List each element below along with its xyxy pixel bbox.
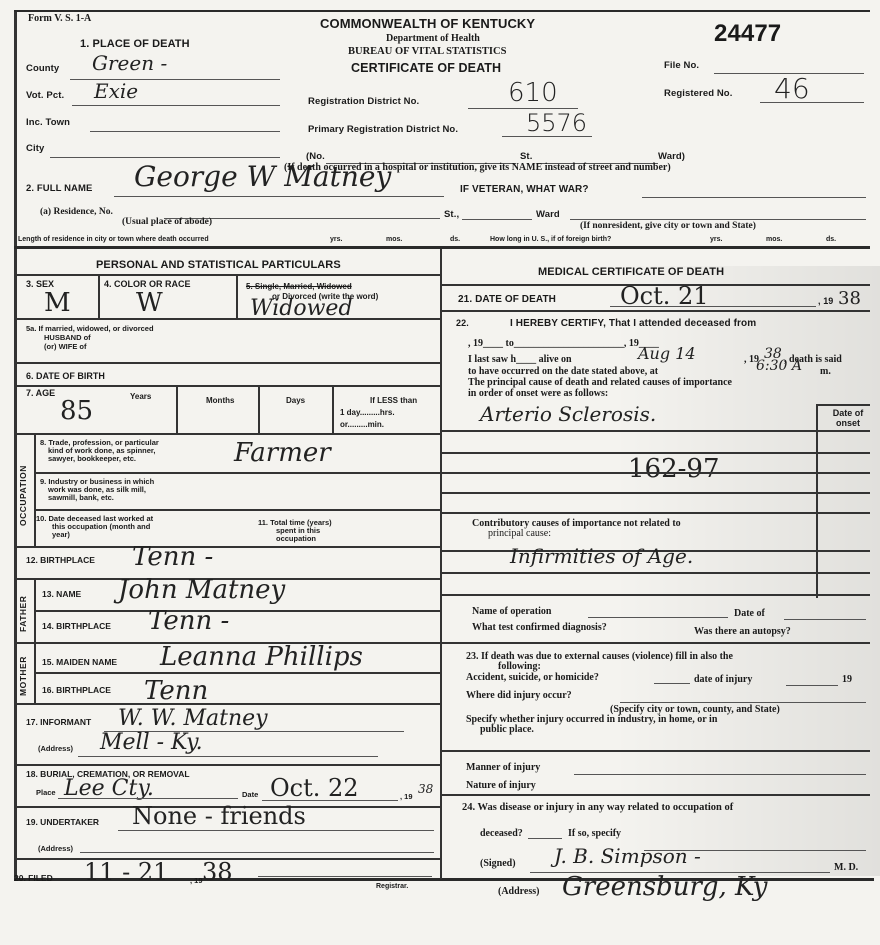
form-number: Form V. S. 1-A — [28, 14, 91, 23]
informant-address-label: (Address) — [38, 744, 73, 753]
undertaker-value: None - friends — [132, 802, 306, 830]
contributory-label-2: principal cause: — [488, 528, 551, 539]
years-label: Years — [130, 392, 151, 401]
manner-of-injury-label: Manner of injury — [466, 762, 540, 773]
certify-statement: I HEREBY CERTIFY, That I attended deceas… — [510, 318, 756, 329]
street-label: St. — [520, 151, 532, 162]
filed-year-value: 38 — [202, 858, 233, 886]
veteran-label: IF VETERAN, WHAT WAR? — [460, 184, 589, 195]
injury-where-label: Where did injury occur? — [466, 690, 572, 701]
header-commonwealth: COMMONWEALTH OF KENTUCKY — [320, 16, 535, 31]
informant-address-value: Mell - Ky. — [100, 730, 203, 755]
mother-name-label: 15. MAIDEN NAME — [42, 658, 117, 667]
months-label: Months — [206, 396, 234, 405]
industry-label-3: sawmill, bank, etc. — [48, 493, 114, 502]
age-value: 85 — [60, 396, 93, 426]
birthplace-value: Tenn - — [132, 542, 213, 572]
certificate-stamp-number: 24477 — [714, 20, 781, 48]
md-label: M. D. — [834, 862, 858, 873]
mother-birthplace-value: Tenn — [144, 676, 208, 706]
undertaker-address-label: (Address) — [38, 844, 73, 853]
foreign-yrs: yrs. — [710, 235, 722, 244]
physician-address-label: (Address) — [498, 886, 539, 897]
mother-name-value: Leanna Phillips — [160, 642, 363, 672]
husband-of-label: HUSBAND of — [44, 333, 91, 342]
residence-label: (a) Residence, No. — [40, 207, 113, 217]
injury-year-label: 19 — [842, 674, 852, 685]
days-label: Days — [286, 396, 305, 405]
time-meridian: m. — [820, 366, 831, 377]
trade-label-3: sawyer, bookkeeper, etc. — [48, 454, 136, 463]
nonresident-note: (If nonresident, give city or town and S… — [580, 221, 756, 231]
burial-year-value: 38 — [418, 782, 433, 796]
father-birthplace-value: Tenn - — [148, 606, 229, 636]
principal-cause-label: The principal cause of death and related… — [468, 377, 732, 388]
primary-reg-label: Primary Registration District No. — [308, 124, 458, 135]
father-birthplace-label: 14. BIRTHPLACE — [42, 622, 111, 631]
principal-cause-value: Arterio Sclerosis. — [480, 402, 656, 426]
foreign-ds: ds. — [826, 235, 836, 244]
informant-label: 17. INFORMANT — [26, 718, 91, 727]
undertaker-label: 19. UNDERTAKER — [26, 818, 99, 827]
age-label: 7. AGE — [26, 389, 55, 398]
operation-label: Name of operation — [472, 606, 551, 617]
county-value: Green - — [92, 51, 167, 75]
header-bureau: BUREAU OF VITAL STATISTICS — [348, 46, 506, 57]
reg-district-label: Registration District No. — [308, 96, 419, 107]
certify-number: 22. — [456, 318, 469, 328]
mother-side-label: MOTHER — [18, 652, 28, 696]
registrar-label: Registrar. — [376, 882, 408, 891]
injury-date-label: date of injury — [694, 674, 752, 685]
abode-note: (Usual place of abode) — [122, 217, 212, 227]
filed-value: 11 - 21 — [84, 858, 168, 886]
cause-code-value: 162-97 — [628, 454, 720, 484]
father-name-label: 13. NAME — [42, 590, 81, 599]
last-saw-label: I last saw h____ alive on — [468, 354, 572, 365]
physician-signature: J. B. Simpson - — [554, 844, 701, 868]
full-name-value: George W Matney — [134, 160, 391, 193]
operation-date-label: Date of — [734, 608, 765, 619]
primary-reg-value: 5576 — [526, 109, 587, 137]
if-so-specify-label: If so, specify — [568, 828, 621, 839]
foreign-birth-label: How long in U. S., if of foreign birth? — [490, 235, 611, 244]
dob-label: 6. DATE OF BIRTH — [26, 372, 105, 381]
last-worked-label-3: year) — [52, 530, 70, 539]
medical-section-title: MEDICAL CERTIFICATE OF DEATH — [538, 266, 724, 278]
death-certificate: Form V. S. 1-A 1. PLACE OF DEATH County … — [14, 6, 880, 886]
time-of-death-value: 6:30 A — [756, 358, 802, 374]
registered-no-label: Registered No. — [664, 88, 732, 99]
left-border — [14, 12, 17, 880]
burial-date-value: Oct. 22 — [270, 774, 359, 802]
section-divider — [14, 246, 870, 249]
father-side-label: FATHER — [18, 592, 28, 632]
residence-ds: ds. — [450, 235, 460, 244]
burial-year-prefix: , 19 — [400, 792, 413, 801]
filed-year-prefix: , 19 — [190, 876, 203, 885]
sex-value: M — [44, 288, 71, 318]
attended-from-to: , 19____ to______________________, 19___… — [468, 338, 659, 349]
top-border — [14, 10, 870, 12]
mother-birthplace-label: 16. BIRTHPLACE — [42, 686, 111, 695]
public-place-label: public place. — [480, 724, 534, 735]
full-name-label: 2. FULL NAME — [26, 183, 92, 194]
father-name-value: John Matney — [118, 575, 285, 605]
deceased-label: deceased? — [480, 828, 523, 839]
autopsy-label: Was there an autopsy? — [694, 626, 791, 637]
inc-town-label: Inc. Town — [26, 117, 70, 128]
physician-address-value: Greensburg, Ky — [562, 872, 768, 902]
foreign-mos: mos. — [766, 235, 782, 244]
date-of-death-label: 21. DATE OF DEATH — [458, 294, 556, 305]
length-residence-label: Length of residence in city or town wher… — [18, 235, 209, 244]
occurred-label: to have occurred on the date stated abov… — [468, 366, 658, 377]
place-of-death-title: 1. PLACE OF DEATH — [80, 38, 190, 50]
reg-district-value: 610 — [508, 78, 558, 108]
residence-ward-label: Ward — [536, 209, 560, 220]
burial-date-label: Date — [242, 790, 258, 799]
birthplace-label: 12. BIRTHPLACE — [26, 556, 95, 565]
contributory-value: Infirmities of Age. — [510, 544, 693, 568]
total-time-label-3: occupation — [276, 534, 316, 543]
less-than-min: or.........min. — [340, 420, 384, 429]
residence-yrs: yrs. — [330, 235, 342, 244]
last-saw-value: Aug 14 — [638, 344, 696, 363]
residence-st-label: St., — [444, 209, 459, 220]
death-year-prefix: , 19 — [818, 296, 833, 306]
county-label: County — [26, 63, 59, 74]
column-divider — [440, 249, 442, 879]
race-value: W — [136, 288, 163, 318]
spouse-label: 5a. If married, widowed, or divorced — [26, 324, 154, 333]
accident-label: Accident, suicide, or homicide? — [466, 672, 599, 683]
occupation-side-label: OCCUPATION — [18, 454, 28, 526]
filed-label: 20. FILED — [14, 874, 53, 883]
personal-section-title: PERSONAL AND STATISTICAL PARTICULARS — [96, 259, 341, 271]
burial-place-label: Place — [36, 788, 56, 797]
vot-pct-label: Vot. Pct. — [26, 90, 64, 101]
header-department: Department of Health — [386, 33, 480, 44]
ward-label: Ward) — [658, 151, 685, 162]
external-following-label: following: — [498, 661, 541, 672]
registered-no-value: 46 — [774, 72, 810, 105]
informant-value: W. W. Matney — [118, 706, 268, 731]
less-than-label: If LESS than — [370, 396, 417, 405]
header-certificate-title: CERTIFICATE OF DEATH — [351, 61, 501, 75]
file-no-label: File No. — [664, 60, 699, 71]
vot-pct-value: Exie — [94, 79, 138, 103]
signed-label: (Signed) — [480, 858, 516, 869]
marital-label: 5. Single, Married, Widowed — [246, 282, 352, 291]
date-of-death-year: 38 — [838, 288, 861, 309]
principal-cause-label-2: in order of onset were as follows: — [468, 388, 608, 399]
wife-of-label: (or) WIFE of — [44, 342, 87, 351]
less-than-hrs: 1 day.........hrs. — [340, 408, 395, 417]
date-of-onset-header: Date of onset — [826, 408, 870, 428]
residence-mos: mos. — [386, 235, 402, 244]
trade-value: Farmer — [234, 438, 331, 468]
test-confirmed-label: What test confirmed diagnosis? — [472, 622, 607, 633]
occupation-related-label: 24. Was disease or injury in any way rel… — [462, 802, 733, 813]
nature-of-injury-label: Nature of injury — [466, 780, 536, 791]
city-label: City — [26, 143, 44, 154]
